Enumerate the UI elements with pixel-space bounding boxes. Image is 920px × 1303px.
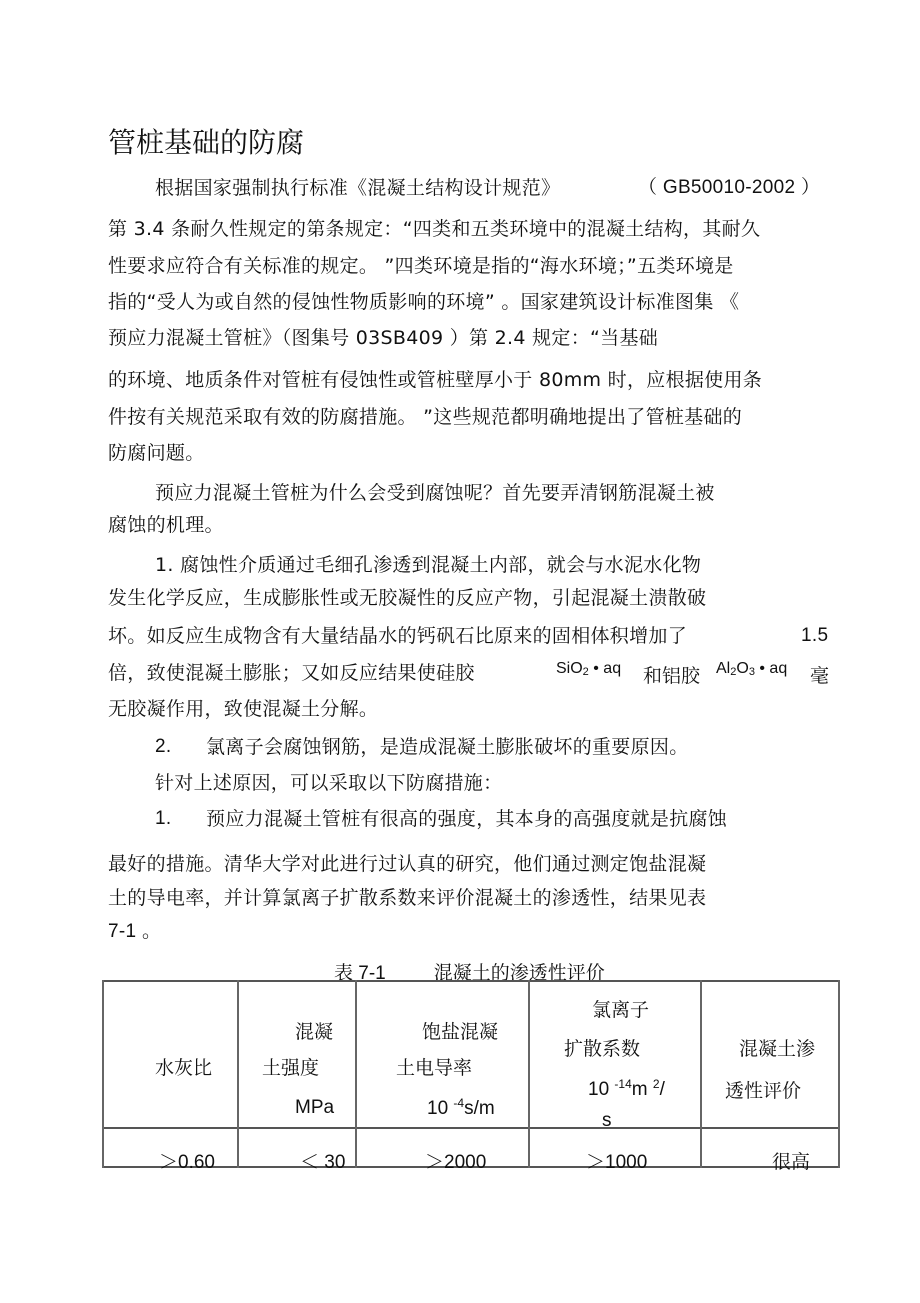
header-diffusion-unit: s — [602, 1110, 612, 1132]
paragraph-line: 发生化学反应，生成膨胀性或无胶凝性的反应产物，引起混凝土溃散破 — [108, 586, 706, 610]
paragraph-line: 防腐问题。 — [108, 441, 205, 465]
table-border — [838, 980, 840, 1168]
paragraph-line: 的环境、地质条件对管桩有侵蚀性或管桩壁厚小于 80mm 时，应根据使用条 — [108, 368, 762, 392]
table-border — [102, 1127, 840, 1129]
paragraph-line: 腐蚀的机理。 — [108, 513, 224, 537]
paragraph-text: 和铝胶 — [643, 661, 700, 688]
paragraph-line: 7-1 。 — [108, 920, 161, 944]
header-strength: 土强度 — [262, 1053, 319, 1080]
paragraph-line: 土的导电率，并计算氯离子扩散系数来评价混凝土的渗透性，结果见表 — [108, 886, 706, 910]
table-border — [102, 980, 104, 1168]
permeability-table: 水灰比 混凝 土强度 MPa 饱盐混凝 土电导率 10 -4s/m 氯离子 扩散… — [102, 980, 840, 1168]
table-border — [237, 980, 239, 1168]
header-strength: 混凝 — [295, 1017, 333, 1044]
header-water-cement-ratio: 水灰比 — [155, 1053, 212, 1080]
paragraph-line: 根据国家强制执行标准《混凝土结构设计规范》 — [155, 176, 560, 200]
table-cell: ＞2000 — [425, 1147, 486, 1174]
list-item-line: 预应力混凝土管桩有很高的强度，其本身的高强度就是抗腐蚀 — [206, 807, 727, 831]
paragraph-line: 倍，致使混凝土膨胀；又如反应结果使硅胶 — [108, 661, 475, 685]
header-conductivity: 饱盐混凝 — [422, 1017, 498, 1044]
list-number: 2. — [155, 735, 171, 759]
table-border — [700, 980, 702, 1168]
table-cell: ＞0.60 — [159, 1147, 215, 1174]
formula-al2o3: Al2O3 • aq — [716, 660, 787, 678]
header-diffusion-unit: 10 -14m 2/ — [588, 1077, 665, 1101]
header-diffusion: 氯离子 — [592, 995, 649, 1022]
paragraph-line: 预应力混凝土管桩》（图集号 03SB409 ）第 2.4 规定：“当基础 — [108, 326, 658, 350]
header-conductivity: 土电导率 — [396, 1053, 472, 1080]
standard-code: （ GB50010-2002 ） — [638, 176, 820, 200]
document-title: 管桩基础的防腐 — [108, 125, 304, 161]
list-item-line: 氯离子会腐蚀钢筋，是造成混凝土膨胀破坏的重要原因。 — [206, 735, 689, 759]
list-item-line: 1. 腐蚀性介质通过毛细孔渗透到混凝土内部，就会与水泥水化物 — [155, 553, 701, 577]
list-number: 1. — [155, 807, 171, 831]
table-border — [102, 980, 840, 982]
paragraph-line: 第 3.4 条耐久性规定的第条规定：“四类和五类环境中的混凝土结构，其耐久 — [108, 217, 760, 241]
header-permeability: 混凝土渗 — [739, 1034, 815, 1061]
header-strength-unit: MPa — [295, 1097, 334, 1119]
header-conductivity-unit: 10 -4s/m — [427, 1096, 495, 1120]
paragraph-line: 件按有关规范采取有效的防腐措施。 ”这些规范都明确地提出了管桩基础的 — [108, 405, 742, 429]
paragraph-text: 毫 — [810, 661, 829, 688]
paragraph-line: 最好的措施。清华大学对此进行过认真的研究，他们通过测定饱盐混凝 — [108, 852, 706, 876]
header-diffusion: 扩散系数 — [564, 1034, 640, 1061]
header-permeability: 透性评价 — [725, 1076, 801, 1103]
table-border — [355, 980, 357, 1168]
table-cell: ＞1000 — [586, 1147, 647, 1174]
table-cell: 很高 — [772, 1147, 810, 1174]
paragraph-line: 指的“受人为或自然的侵蚀性物质影响的环境” 。国家建筑设计标准图集 《 — [108, 290, 739, 314]
paragraph-line: 坏。如反应生成物含有大量结晶水的钙矾石比原来的固相体积增加了 — [108, 624, 687, 648]
paragraph-line: 针对上述原因，可以采取以下防腐措施： — [155, 771, 502, 795]
ratio-value: 1.5 — [801, 624, 828, 648]
paragraph-line: 无胶凝作用，致使混凝土分解。 — [108, 697, 378, 721]
paragraph-line: 性要求应符合有关标准的规定。 ”四类环境是指的“海水环境；”五类环境是 — [108, 254, 734, 278]
table-border — [528, 980, 530, 1168]
table-cell: ＜ 30 — [300, 1147, 345, 1174]
formula-sio2: SiO2 • aq — [556, 660, 621, 678]
paragraph-line: 预应力混凝土管桩为什么会受到腐蚀呢？首先要弄清钢筋混凝土被 — [155, 481, 715, 505]
document-page: 管桩基础的防腐 根据国家强制执行标准《混凝土结构设计规范》 （ GB50010-… — [0, 0, 920, 1303]
